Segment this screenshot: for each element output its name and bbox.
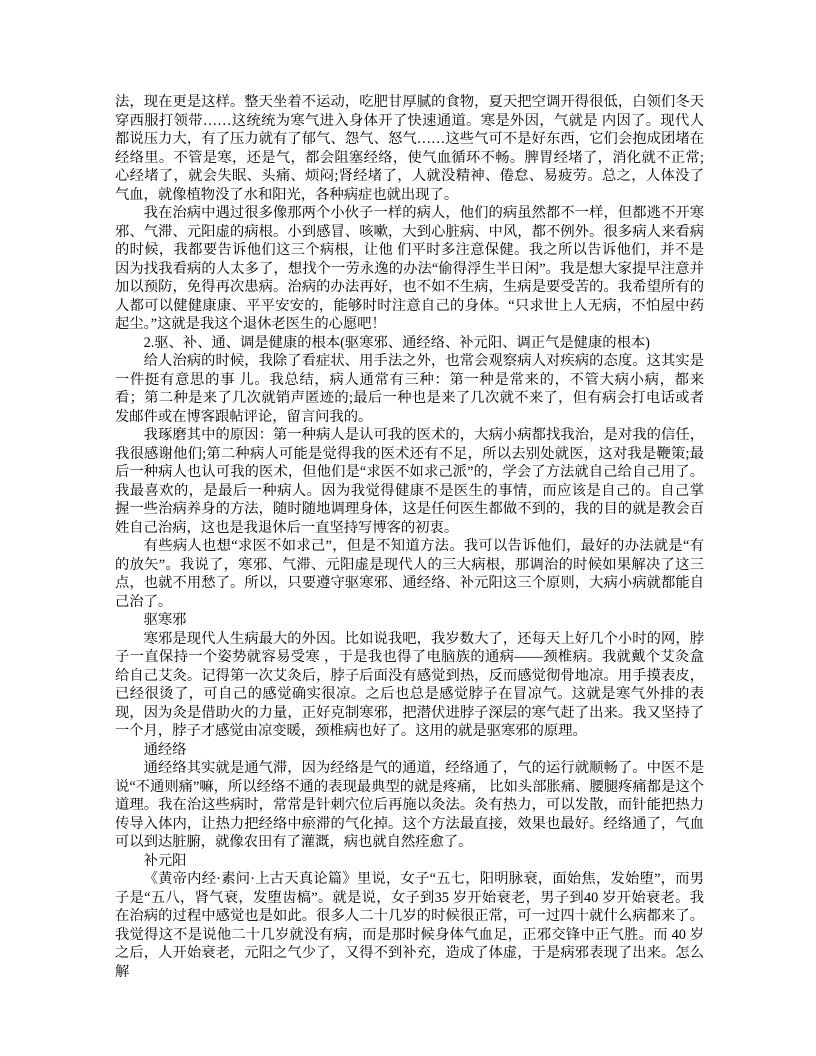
paragraph-tonify-yuanyang: 《黄帝内经·素问·上古天真论篇》里说，女子“五七，阳明脉衰，面始焦，发始堕”，而… [115, 870, 704, 981]
paragraph-cold-causes-continued: 法，现在更是这样。整天坐着不运动，吃肥甘厚腻的食物，夏天把空调开得很低，白领们冬… [115, 93, 704, 204]
document-page: 法，现在更是这样。整天坐着不运动，吃肥甘厚腻的食物，夏天把空调开得很低，白领们冬… [0, 0, 816, 1056]
paragraph-drive-out-cold: 寒邪是现代人生病最大的外因。比如说我吧，我岁数大了，还每天上好几个小时的网，脖子… [115, 630, 704, 741]
subheading-unblock-meridians: 通经络 [115, 741, 704, 760]
subheading-tonify-yuanyang: 补元阳 [115, 852, 704, 871]
paragraph-patients-three-roots: 我在治病中遇过很多像那两个小伙子一样的病人，他们的病虽然都不一样，但都逃不开寒邪… [115, 204, 704, 334]
paragraph-unblock-meridians: 通经络其实就是通气滞，因为经络是气的通道，经络通了，气的运行就顺畅了。中医不是说… [115, 759, 704, 852]
section-heading-qu-bu-tong-tiao: 2.驱、补、通、调是健康的根本(驱寒邪、通经络、补元阳、调正气是健康的根本) [115, 334, 704, 353]
subheading-drive-out-cold: 驱寒邪 [115, 611, 704, 630]
paragraph-three-patient-types: 给人治病的时候，我除了看症状、用手法之外，也常会观察病人对疾病的态度。这其实是一… [115, 352, 704, 426]
paragraph-three-principles: 有些病人也想“求医不如求己”，但是不知道方法。我可以告诉他们，最好的办法就是“有… [115, 537, 704, 611]
paragraph-reasons-for-types: 我琢磨其中的原因：第一种病人是认可我的医术的，大病小病都找我治，是对我的信任，我… [115, 426, 704, 537]
